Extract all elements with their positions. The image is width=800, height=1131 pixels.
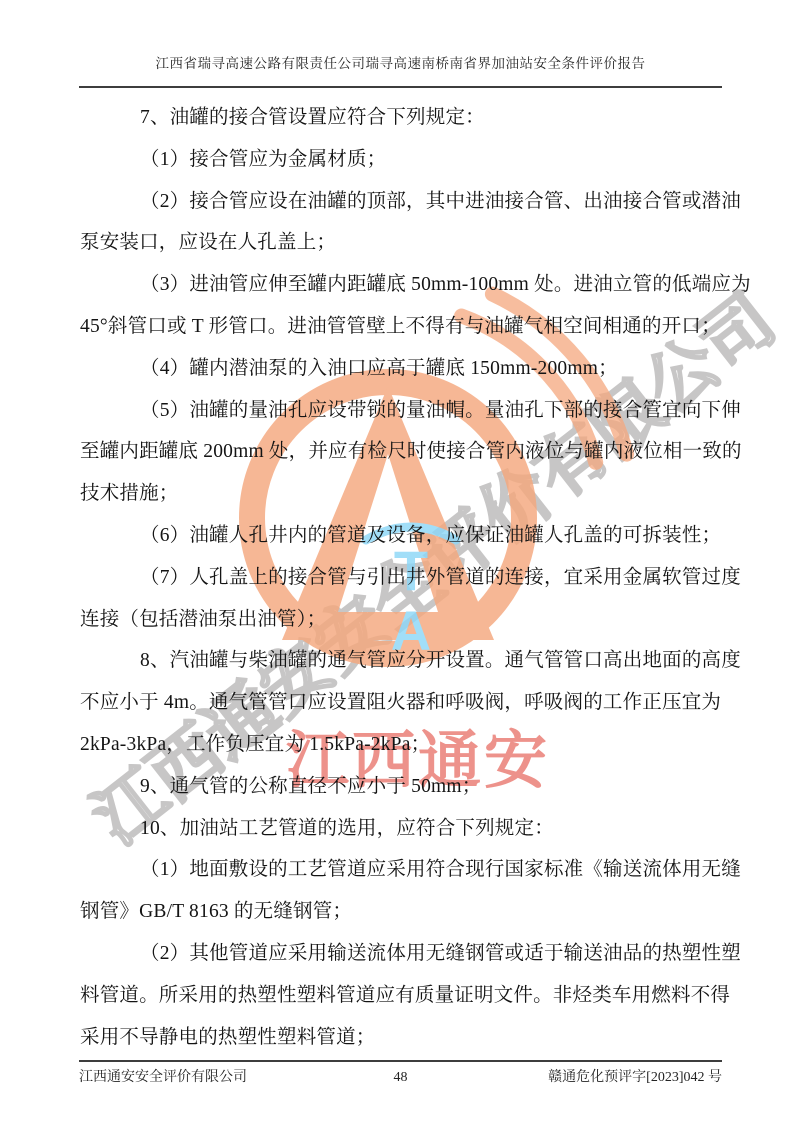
body-text: 7、油罐的接合管设置应符合下列规定：（1）接合管应为金属材质；（2）接合管应设在… [80,97,722,1058]
text-line: 采用不导静电的热塑性塑料管道； [80,1017,722,1059]
text-line: 10、加油站工艺管道的选用，应符合下列规定： [80,808,722,850]
text-line: 技术措施； [80,473,722,515]
text-line: （6）油罐人孔井内的管道及设备，应保证油罐人孔盖的可拆装性； [80,515,722,557]
page-number: 48 [394,1070,408,1086]
text-line: 不应小于 4m。通气管管口应设置阻火器和呼吸阀，呼吸阀的工作正压宜为 [80,682,722,724]
text-line: 45°斜管口或 T 形管口。进油管管壁上不得有与油罐气相空间相通的开口； [80,306,722,348]
page-header: 江西省瑞寻高速公路有限责任公司瑞寻高速南桥南省界加油站安全条件评价报告 [79,52,722,88]
page-footer: 江西通安安全评价有限公司 48 赣通危化预评字[2023]042 号 [79,1060,722,1086]
text-line: （2）接合管应设在油罐的顶部，其中进油接合管、出油接合管或潜油 [80,181,722,223]
text-line: 钢管》GB/T 8163 的无缝钢管； [80,891,722,933]
text-line: 2kPa-3kPa，工作负压宜为 1.5kPa-2kPa； [80,724,722,766]
text-line: （5）油罐的量油孔应设带锁的量油帽。量油孔下部的接合管宜向下伸 [80,390,722,432]
text-line: 泵安装口，应设在人孔盖上； [80,222,722,264]
text-line: 8、汽油罐与柴油罐的通气管应分开设置。通气管管口高出地面的高度 [80,640,722,682]
text-line: （1）地面敷设的工艺管道应采用符合现行国家标准《输送流体用无缝 [80,849,722,891]
text-line: 连接（包括潜油泵出油管）； [80,599,722,641]
text-line: （3）进油管应伸至罐内距罐底 50mm-100mm 处。进油立管的低端应为 [80,264,722,306]
footer-document-number: 赣通危化预评字[2023]042 号 [408,1066,723,1086]
text-line: （4）罐内潜油泵的入油口应高于罐底 150mm-200mm； [80,348,722,390]
footer-company-name: 江西通安安全评价有限公司 [79,1066,394,1086]
text-line: （2）其他管道应采用输送流体用无缝钢管或适于输送油品的热塑性塑 [80,933,722,975]
text-line: （7）人孔盖上的接合管与引出井外管道的连接，宜采用金属软管过度 [80,557,722,599]
text-line: 7、油罐的接合管设置应符合下列规定： [80,97,722,139]
text-line: 料管道。所采用的热塑性塑料管道应有质量证明文件。非烃类车用燃料不得 [80,975,722,1017]
text-line: （1）接合管应为金属材质； [80,139,722,181]
document-page: 江西通安安全评价有限公司 T A 江西通安 江西省瑞寻高速公路有限责任公司瑞寻高… [0,0,800,1131]
report-title: 江西省瑞寻高速公路有限责任公司瑞寻高速南桥南省界加油站安全条件评价报告 [79,52,722,72]
text-line: 9、通气管的公称直径不应小于 50mm； [80,766,722,808]
text-line: 至罐内距罐底 200mm 处，并应有检尺时使接合管内液位与罐内液位相一致的 [80,431,722,473]
